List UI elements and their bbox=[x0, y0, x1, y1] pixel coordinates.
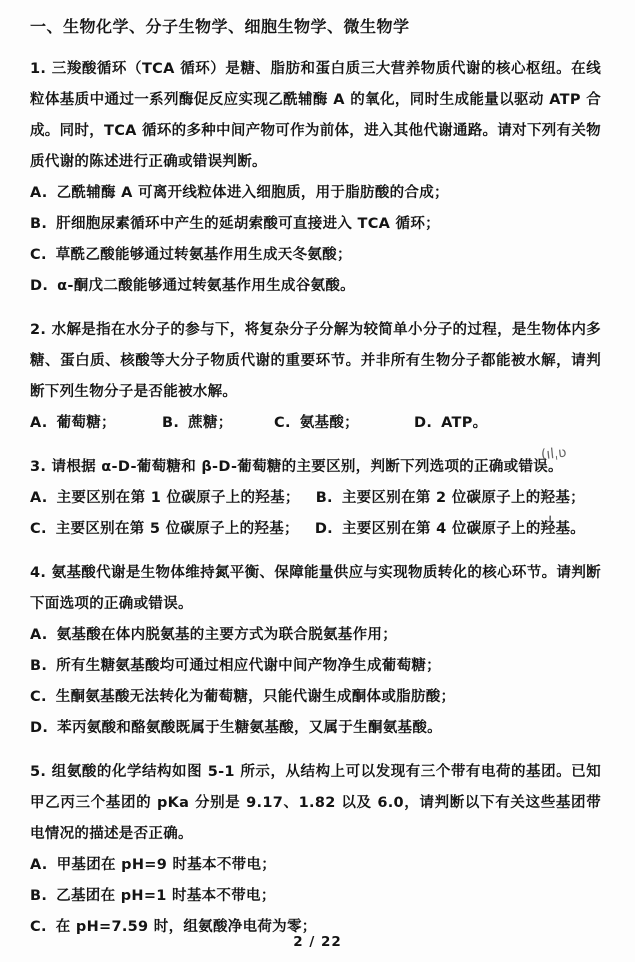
question-3-options-row-2: C.主要区别在第 5 位碳原子上的羟基； D.主要区别在第 4 位碳原子上的羟基… bbox=[30, 514, 601, 545]
option-text: 葡萄糖； bbox=[57, 415, 116, 431]
question-1-option-a: A.乙酰辅酶 A 可离开线粒体进入细胞质，用于脂肪酸的合成； bbox=[30, 178, 601, 209]
option-text: 肝细胞尿素循环中产生的延胡索酸可直接进入 TCA 循环； bbox=[56, 216, 440, 232]
option-label: D. bbox=[414, 408, 432, 439]
question-2-option-d: D.ATP。 bbox=[414, 408, 601, 439]
option-text: 甲基团在 pH=9 时基本不带电； bbox=[57, 857, 276, 873]
option-text: 乙酰辅酶 A 可离开线粒体进入细胞质，用于脂肪酸的合成； bbox=[57, 185, 449, 201]
question-3-option-a: A.主要区别在第 1 位碳原子上的羟基； bbox=[30, 483, 300, 514]
option-text: α-酮戊二酸能够通过转氨基作用生成谷氨酸。 bbox=[57, 278, 355, 294]
option-label: B. bbox=[30, 651, 47, 682]
option-label: D. bbox=[30, 271, 48, 302]
question-3-option-c: C.主要区别在第 5 位碳原子上的羟基； bbox=[30, 514, 299, 545]
question-4-option-a: A.氨基酸在体内脱氨基的主要方式为联合脱氨基作用； bbox=[30, 620, 601, 651]
question-4: 4. 氨基酸代谢是生物体维持氮平衡、保障能量供应与实现物质转化的核心环节。请判断… bbox=[30, 558, 601, 744]
handwritten-mark: ( bbox=[544, 490, 549, 506]
option-text: 乙基团在 pH=1 时基本不带电； bbox=[56, 888, 275, 904]
option-text: 氨基酸； bbox=[300, 415, 359, 431]
exam-page: 一、生物化学、分子生物学、细胞生物学、微生物学 1. 三羧酸循环（TCA 循环）… bbox=[0, 0, 635, 962]
option-label: A. bbox=[30, 178, 48, 209]
option-text: 生酮氨基酸无法转化为葡萄糖，只能代谢生成酮体或脂肪酸； bbox=[56, 689, 456, 705]
question-2-stem: 2. 水解是指在水分子的参与下，将复杂分子分解为较简单小分子的过程，是生物体内多… bbox=[30, 315, 601, 408]
question-4-option-c: C.生酮氨基酸无法转化为葡萄糖，只能代谢生成酮体或脂肪酸； bbox=[30, 682, 601, 713]
question-5: 5. 组氨酸的化学结构如图 5-1 所示，从结构上可以发现有三个带有电荷的基团。… bbox=[30, 757, 601, 943]
option-label: C. bbox=[30, 514, 47, 545]
question-1-option-b: B.肝细胞尿素循环中产生的延胡索酸可直接进入 TCA 循环； bbox=[30, 209, 601, 240]
question-3: 3. 请根据 α-D-葡萄糖和 β-D-葡萄糖的主要区别，判断下列选项的正确或错… bbox=[30, 452, 601, 545]
option-text: 主要区别在第 1 位碳原子上的羟基； bbox=[57, 490, 300, 506]
question-4-option-b: B.所有生糖氨基酸均可通过相应代谢中间产物净生成葡萄糖； bbox=[30, 651, 601, 682]
handwritten-mark: ¦ bbox=[547, 516, 553, 531]
question-3-option-d: D.主要区别在第 4 位碳原子上的羟基。 bbox=[315, 514, 585, 545]
option-label: A. bbox=[30, 483, 48, 514]
option-label: A. bbox=[30, 620, 48, 651]
option-label: D. bbox=[30, 713, 48, 744]
question-2-option-b: B.蔗糖； bbox=[162, 408, 274, 439]
question-2-option-a: A.葡萄糖； bbox=[30, 408, 162, 439]
question-5-stem: 5. 组氨酸的化学结构如图 5-1 所示，从结构上可以发现有三个带有电荷的基团。… bbox=[30, 757, 601, 850]
option-text: ATP。 bbox=[441, 415, 487, 431]
question-1: 1. 三羧酸循环（TCA 循环）是糖、脂肪和蛋白质三大营养物质代谢的核心枢纽。在… bbox=[30, 54, 601, 302]
option-label: A. bbox=[30, 408, 48, 439]
option-text: 主要区别在第 5 位碳原子上的羟基； bbox=[56, 521, 299, 537]
option-label: B. bbox=[316, 483, 333, 514]
question-2-options: A.葡萄糖； B.蔗糖； C.氨基酸； D.ATP。 bbox=[30, 408, 601, 439]
option-label: B. bbox=[162, 408, 179, 439]
option-label: C. bbox=[274, 408, 291, 439]
option-label: C. bbox=[30, 240, 47, 271]
option-text: 草酰乙酸能够通过转氨基作用生成天冬氨酸； bbox=[56, 247, 352, 263]
option-text: 在 pH=7.59 时，组氨酸净电荷为零； bbox=[56, 919, 317, 935]
handwritten-mark: (ılˌʋ bbox=[540, 445, 567, 464]
question-2-option-c: C.氨基酸； bbox=[274, 408, 414, 439]
option-text: 苯丙氨酸和酪氨酸既属于生糖氨基酸，又属于生酮氨基酸。 bbox=[57, 720, 442, 736]
question-3-options-row-1: A.主要区别在第 1 位碳原子上的羟基； B.主要区别在第 2 位碳原子上的羟基… bbox=[30, 483, 601, 514]
question-4-option-d: D.苯丙氨酸和酪氨酸既属于生糖氨基酸，又属于生酮氨基酸。 bbox=[30, 713, 601, 744]
option-label: A. bbox=[30, 850, 48, 881]
option-label: D. bbox=[315, 514, 333, 545]
option-label: B. bbox=[30, 881, 47, 912]
question-5-option-a: A.甲基团在 pH=9 时基本不带电； bbox=[30, 850, 601, 881]
option-text: 蔗糖； bbox=[188, 415, 232, 431]
question-2: 2. 水解是指在水分子的参与下，将复杂分子分解为较简单小分子的过程，是生物体内多… bbox=[30, 315, 601, 439]
question-4-stem: 4. 氨基酸代谢是生物体维持氮平衡、保障能量供应与实现物质转化的核心环节。请判断… bbox=[30, 558, 601, 620]
option-text: 所有生糖氨基酸均可通过相应代谢中间产物净生成葡萄糖； bbox=[56, 658, 441, 674]
page-number: 2 / 22 bbox=[0, 934, 635, 950]
question-1-stem: 1. 三羧酸循环（TCA 循环）是糖、脂肪和蛋白质三大营养物质代谢的核心枢纽。在… bbox=[30, 54, 601, 178]
question-5-option-b: B.乙基团在 pH=1 时基本不带电； bbox=[30, 881, 601, 912]
option-label: B. bbox=[30, 209, 47, 240]
section-heading: 一、生物化学、分子生物学、细胞生物学、微生物学 bbox=[30, 14, 601, 40]
option-label: C. bbox=[30, 682, 47, 713]
question-1-option-d: D.α-酮戊二酸能够通过转氨基作用生成谷氨酸。 bbox=[30, 271, 601, 302]
option-text: 氨基酸在体内脱氨基的主要方式为联合脱氨基作用； bbox=[57, 627, 397, 643]
question-1-option-c: C.草酰乙酸能够通过转氨基作用生成天冬氨酸； bbox=[30, 240, 601, 271]
question-3-stem: 3. 请根据 α-D-葡萄糖和 β-D-葡萄糖的主要区别，判断下列选项的正确或错… bbox=[30, 452, 601, 483]
